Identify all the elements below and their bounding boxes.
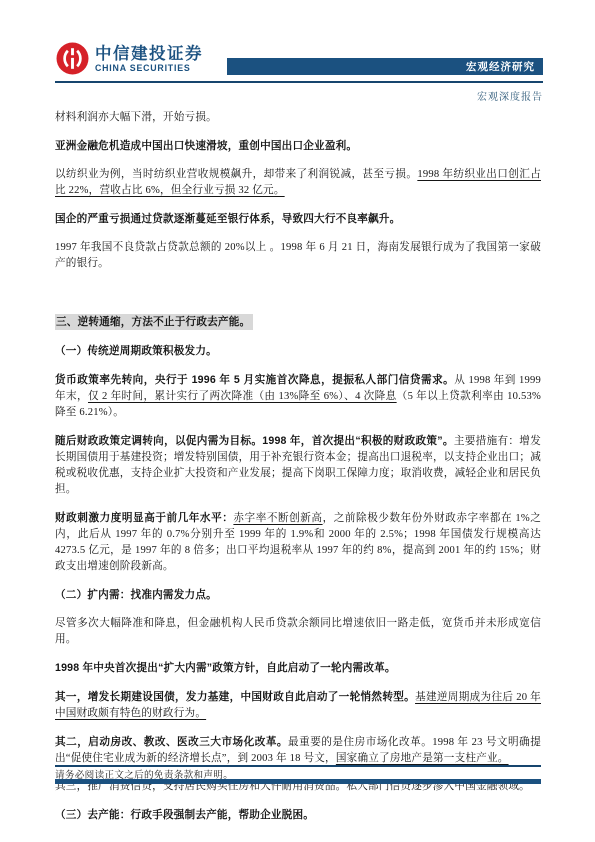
report-type-label: 宏观深度报告 xyxy=(55,88,543,103)
paragraph-text: 亚洲金融危机造成中国出口快速滑坡，重创中国出口企业盈利。 xyxy=(55,140,357,152)
paragraph-lead: 其一，增发长期建设国债，发力基建，中国财政自此启动了一轮悄然转型。 xyxy=(55,691,415,703)
report-page: 中信建投证券 CHINA SECURITIES 宏观经济研究 宏观深度报告 材料… xyxy=(0,0,595,842)
body-paragraph: 以纺织业为例，当时纺织业营收规模飙升，却带来了利润锐减，甚至亏损。1998 年纺… xyxy=(55,167,541,199)
paragraph-lead: 货币政策率先转向，央行于 1996 年 5 月实施首次降息，提振私人部门信贷需求… xyxy=(55,374,454,386)
paragraph-lead: 财政刺激力度明显高于前几年水平： xyxy=(55,512,233,524)
subsection-heading-text: （二）扩内需：找准内需发力点。 xyxy=(55,589,217,601)
body-paragraph: 国企的严重亏损通过贷款逐渐蔓延至银行体系，导致四大行不良率飙升。 xyxy=(55,211,541,228)
subsection-heading-text: （三）去产能：行政手段强制去产能，帮助企业脱困。 xyxy=(55,809,314,821)
subsection-heading: （一）传统逆周期政策积极发力。 xyxy=(55,343,541,360)
body-paragraph: 随后财政政策定调转向，以促内需为目标。1998 年，首次提出“积极的财政政策”。… xyxy=(55,433,541,498)
paragraph-text: 国企的严重亏损通过贷款逐渐蔓延至银行体系，导致四大行不良率飙升。 xyxy=(55,213,400,225)
body-paragraph: 尽管多次大幅降准和降息，但金融机构人民币贷款余额同比增速依旧一路走低，宽货币并未… xyxy=(55,616,541,648)
paragraph-text: 1997 年我国不良贷款占贷款总额的 20%以上 。1998 年 6 月 21 … xyxy=(55,242,541,269)
paragraph-text: 材料利润亦大幅下滑，开始亏损。 xyxy=(55,112,217,123)
company-logo-text: 中信建投证券 CHINA SECURITIES xyxy=(95,45,203,73)
subsection-heading-text: （一）传统逆周期政策积极发力。 xyxy=(55,345,217,357)
section-heading: 三、逆转通缩，方法不止于行政去产能。 xyxy=(55,314,541,331)
underlined-text: 赤字率不断创新高 xyxy=(233,513,322,524)
banner-label: 宏观经济研究 xyxy=(466,59,535,74)
paragraph-text: 1998 年中央首次提出“扩大内需”政策方针，自此启动了一轮内需改革。 xyxy=(55,662,396,674)
paragraph-lead: 其二，启动房改、教改、医改三大市场化改革。 xyxy=(55,736,288,748)
company-logo: 中信建投证券 CHINA SECURITIES xyxy=(56,42,203,75)
body-paragraph: 1998 年中央首次提出“扩大内需”政策方针，自此启动了一轮内需改革。 xyxy=(55,660,541,677)
body-paragraph: 亚洲金融危机造成中国出口快速滑坡，重创中国出口企业盈利。 xyxy=(55,138,541,155)
underlined-text: 仅 2 年时间，累计实行了两次降准（由 13%降至 6%）、4 次降息 xyxy=(88,391,397,402)
company-name-cn: 中信建投证券 xyxy=(95,45,203,63)
paragraph-lead: 随后财政政策定调转向，以促内需为目标。1998 年，首次提出“积极的财政政策”。 xyxy=(55,435,454,447)
underlined-text: 国家确立了房地产是第一支柱产业。 xyxy=(336,753,509,764)
body-paragraph: 财政刺激力度明显高于前几年水平：赤字率不断创新高，之前除极少数年份外财政赤字率都… xyxy=(55,510,541,575)
subsection-heading: （三）去产能：行政手段强制去产能，帮助企业脱困。 xyxy=(55,807,541,824)
body-paragraph: 其二，启动房改、教改、医改三大市场化改革。最重要的是住房市场化改革。1998 年… xyxy=(55,734,541,767)
company-logo-icon xyxy=(56,42,89,75)
header-banner: 宏观经济研究 xyxy=(227,58,543,75)
paragraph-text: 尽管多次大幅降准和降息，但金融机构人民币贷款余额同比增速依旧一路走低，宽货币并未… xyxy=(55,618,541,645)
company-name-en: CHINA SECURITIES xyxy=(95,63,203,73)
document-body: 材料利润亦大幅下滑，开始亏损。 亚洲金融危机造成中国出口快速滑坡，重创中国出口企… xyxy=(55,110,541,836)
paragraph-text: 以纺织业为例，当时纺织业营收规模飙升，却带来了利润锐减，甚至亏损。 xyxy=(55,169,417,180)
body-paragraph: 1997 年我国不良贷款占贷款总额的 20%以上 。1998 年 6 月 21 … xyxy=(55,240,541,272)
subsection-heading: （二）扩内需：找准内需发力点。 xyxy=(55,587,541,604)
footer-bar xyxy=(55,779,541,784)
section-heading-text: 三、逆转通缩，方法不止于行政去产能。 xyxy=(55,314,253,330)
body-paragraph: 材料利润亦大幅下滑，开始亏损。 xyxy=(55,110,541,126)
header-rule xyxy=(55,81,543,83)
body-paragraph: 货币政策率先转向，央行于 1996 年 5 月实施首次降息，提振私人部门信贷需求… xyxy=(55,372,541,421)
body-paragraph: 其一，增发长期建设国债，发力基建，中国财政自此启动了一轮悄然转型。基建逆周期成为… xyxy=(55,689,541,722)
